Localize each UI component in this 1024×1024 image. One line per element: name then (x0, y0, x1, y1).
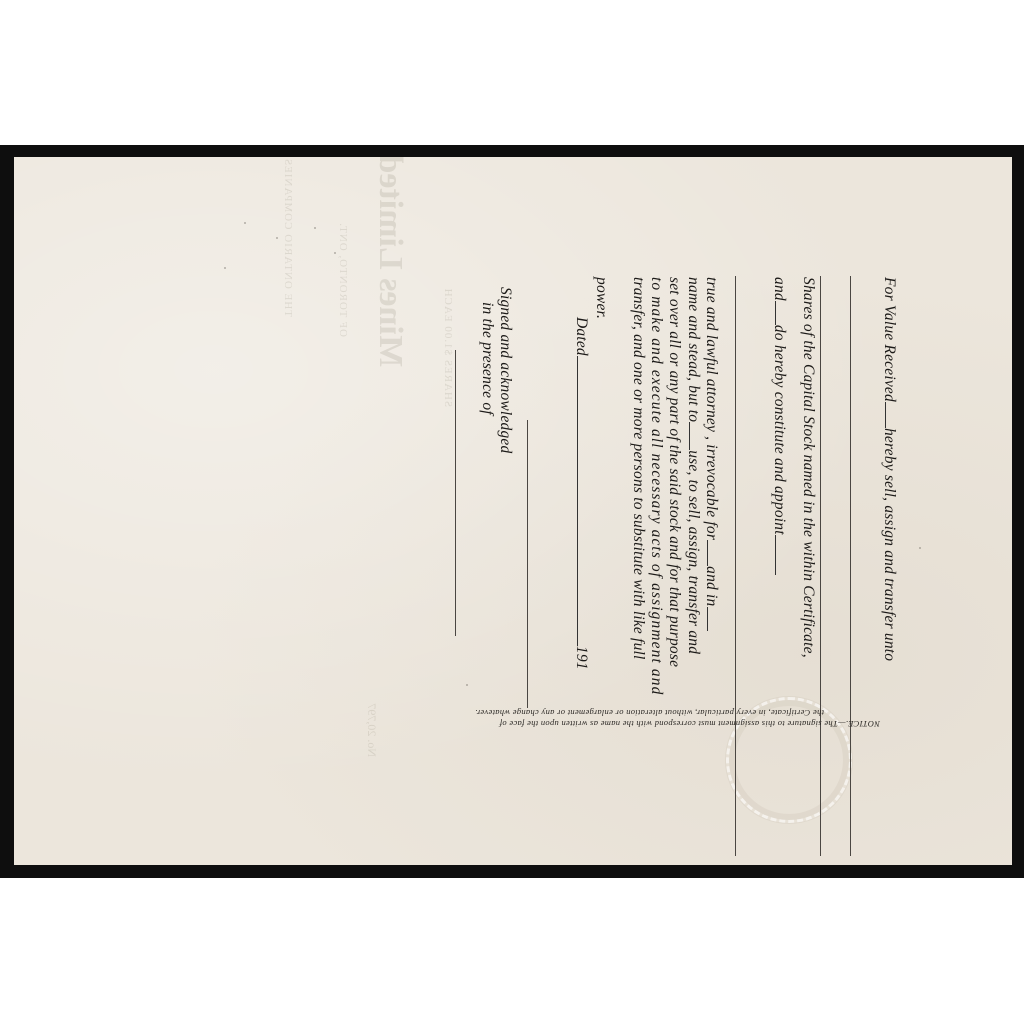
assignment-line-2: Shares of the Capital Stock named in the… (799, 277, 817, 658)
assignment-line-9: power. (592, 277, 610, 319)
bleed-through-line-b: OF TORONTO, ONT. (337, 222, 349, 337)
assignee-rule-2 (820, 276, 821, 856)
witness-line-1: Signed and acknowledged (496, 287, 514, 453)
assignment-line-7: to make and execute all necessary acts o… (647, 277, 665, 695)
witness-rule-2 (455, 350, 456, 636)
assignment-line-3: anddo hereby constitute and appoint (770, 277, 788, 575)
dated-line: Dated191 (572, 317, 590, 670)
assignment-line-8: transfer, and one or more persons to sub… (629, 277, 647, 660)
assignment-line-4: true and lawful attorney , irrevocable f… (702, 277, 720, 631)
attorney-rule (735, 276, 736, 856)
blank-field[interactable] (707, 607, 720, 631)
witness-line-2: in the presence of (478, 302, 496, 415)
blank-field[interactable] (885, 402, 898, 428)
assignment-line-1: For Value Receivedhereby sell, assign an… (880, 277, 898, 661)
notice-line-1: NOTICE.—The signature to this assignment… (499, 719, 880, 729)
assignee-rule-1 (850, 276, 851, 856)
bleed-through-serial: No. 20,797 (364, 703, 379, 757)
notice-line-2: the Certificate, in every particular, wi… (475, 708, 824, 718)
bleed-through-line-c: SHARES $1.00 EACH (442, 288, 454, 407)
assignment-line-5: name and stead, but touse, to sell, assi… (684, 277, 702, 654)
blank-field[interactable] (707, 540, 720, 566)
certificate-back: THE ONTARIO COMPANIES ACT OF TORONTO, ON… (14, 157, 1012, 865)
witness-rule-1 (527, 420, 528, 708)
bleed-through-title: Mines Limited (371, 157, 409, 367)
bleed-through-line-a: THE ONTARIO COMPANIES ACT (282, 157, 294, 317)
assignment-line-6: set over all or any part of the said sto… (665, 277, 683, 667)
date-field[interactable] (577, 356, 590, 646)
blank-field[interactable] (689, 422, 702, 450)
attorney-name-field[interactable] (775, 535, 788, 575)
blank-field[interactable] (775, 301, 788, 325)
